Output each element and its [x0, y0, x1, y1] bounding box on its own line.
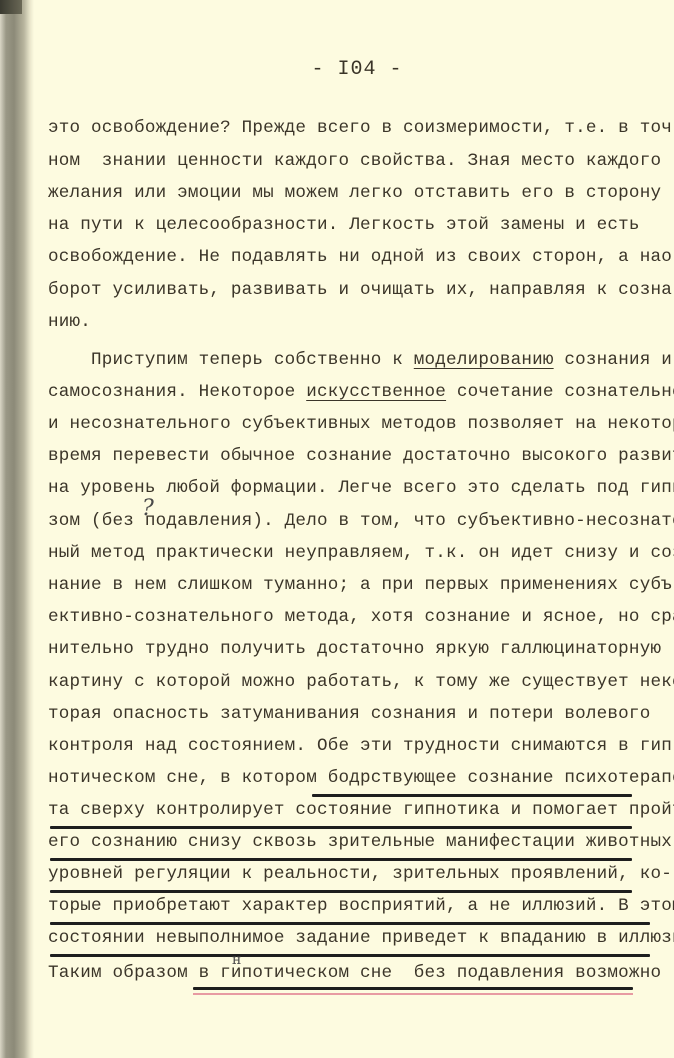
- text-line: желания или эмоции мы можем легко отстав…: [48, 183, 661, 203]
- text-line: картину с которой можно работать, к тому…: [48, 672, 674, 692]
- text-line: торая опасность затуманивания сознания и…: [48, 704, 650, 724]
- text-line: ективно-сознательного метода, хотя созна…: [48, 607, 674, 627]
- text-line: ном знании ценности каждого свойства. Зн…: [48, 151, 661, 171]
- text-line: Таким образом в гипотическом сне без под…: [48, 963, 661, 983]
- text-line: нию.: [48, 312, 91, 332]
- text-segment: Приступим теперь собственно к: [48, 350, 414, 370]
- text-line: время перевести обычное сознание достато…: [48, 446, 674, 466]
- text-line: его сознанию снизу сквозь зрительные ман…: [48, 832, 672, 852]
- binding-edge: [0, 0, 34, 1058]
- underlined-word: искусственное: [306, 382, 446, 402]
- pen-underline: [50, 890, 632, 893]
- text-line: та сверху контролирует состояние гипноти…: [48, 800, 674, 820]
- pen-underline: [50, 858, 632, 861]
- pen-underline: [193, 987, 633, 990]
- text-segment: сознания и: [554, 350, 672, 370]
- red-pencil-underline: [193, 993, 633, 995]
- text-line: состоянии невыполнимое задание приведет …: [48, 928, 674, 948]
- page-number: - I04 -: [0, 58, 674, 81]
- text-line: самосознания. Некоторое искусственное со…: [48, 382, 674, 402]
- text-line: нительно трудно получить достаточно ярку…: [48, 639, 661, 659]
- binding-shadow: [0, 0, 22, 14]
- pen-underline: [50, 954, 650, 957]
- text-line: это освобождение? Прежде всего в соизмер…: [48, 118, 674, 138]
- text-line: борот усиливать, развивать и очищать их,…: [48, 280, 674, 300]
- text-line: Приступим теперь собственно к моделирова…: [48, 350, 672, 370]
- text-line: и несознательного субъективных методов п…: [48, 414, 674, 434]
- text-line: на уровень любой формации. Легче всего э…: [48, 478, 674, 498]
- text-segment: самосознания. Некоторое: [48, 382, 306, 402]
- pen-underline: [312, 794, 632, 797]
- text-line: освобождение. Не подавлять ни одной из с…: [48, 247, 674, 267]
- text-line: уровней регуляции к реальности, зрительн…: [48, 864, 672, 884]
- pen-underline: [50, 922, 650, 925]
- text-line: нание в нем слишком туманно; а при первы…: [48, 575, 674, 595]
- pen-underline: [50, 826, 632, 829]
- text-line: контроля над состоянием. Обе эти труднос…: [48, 736, 674, 756]
- text-line: нотическом сне, в котором бодрствующее с…: [48, 768, 674, 788]
- underlined-word: моделированию: [414, 350, 554, 370]
- text-line: на пути к целесообразности. Легкость это…: [48, 215, 640, 235]
- handwritten-question-mark: ?: [142, 496, 154, 521]
- text-line: торые приобретают характер восприятий, а…: [48, 896, 674, 916]
- text-segment: сочетание сознательного: [446, 382, 674, 402]
- text-line: ный метод практически неуправляем, т.к. …: [48, 543, 674, 563]
